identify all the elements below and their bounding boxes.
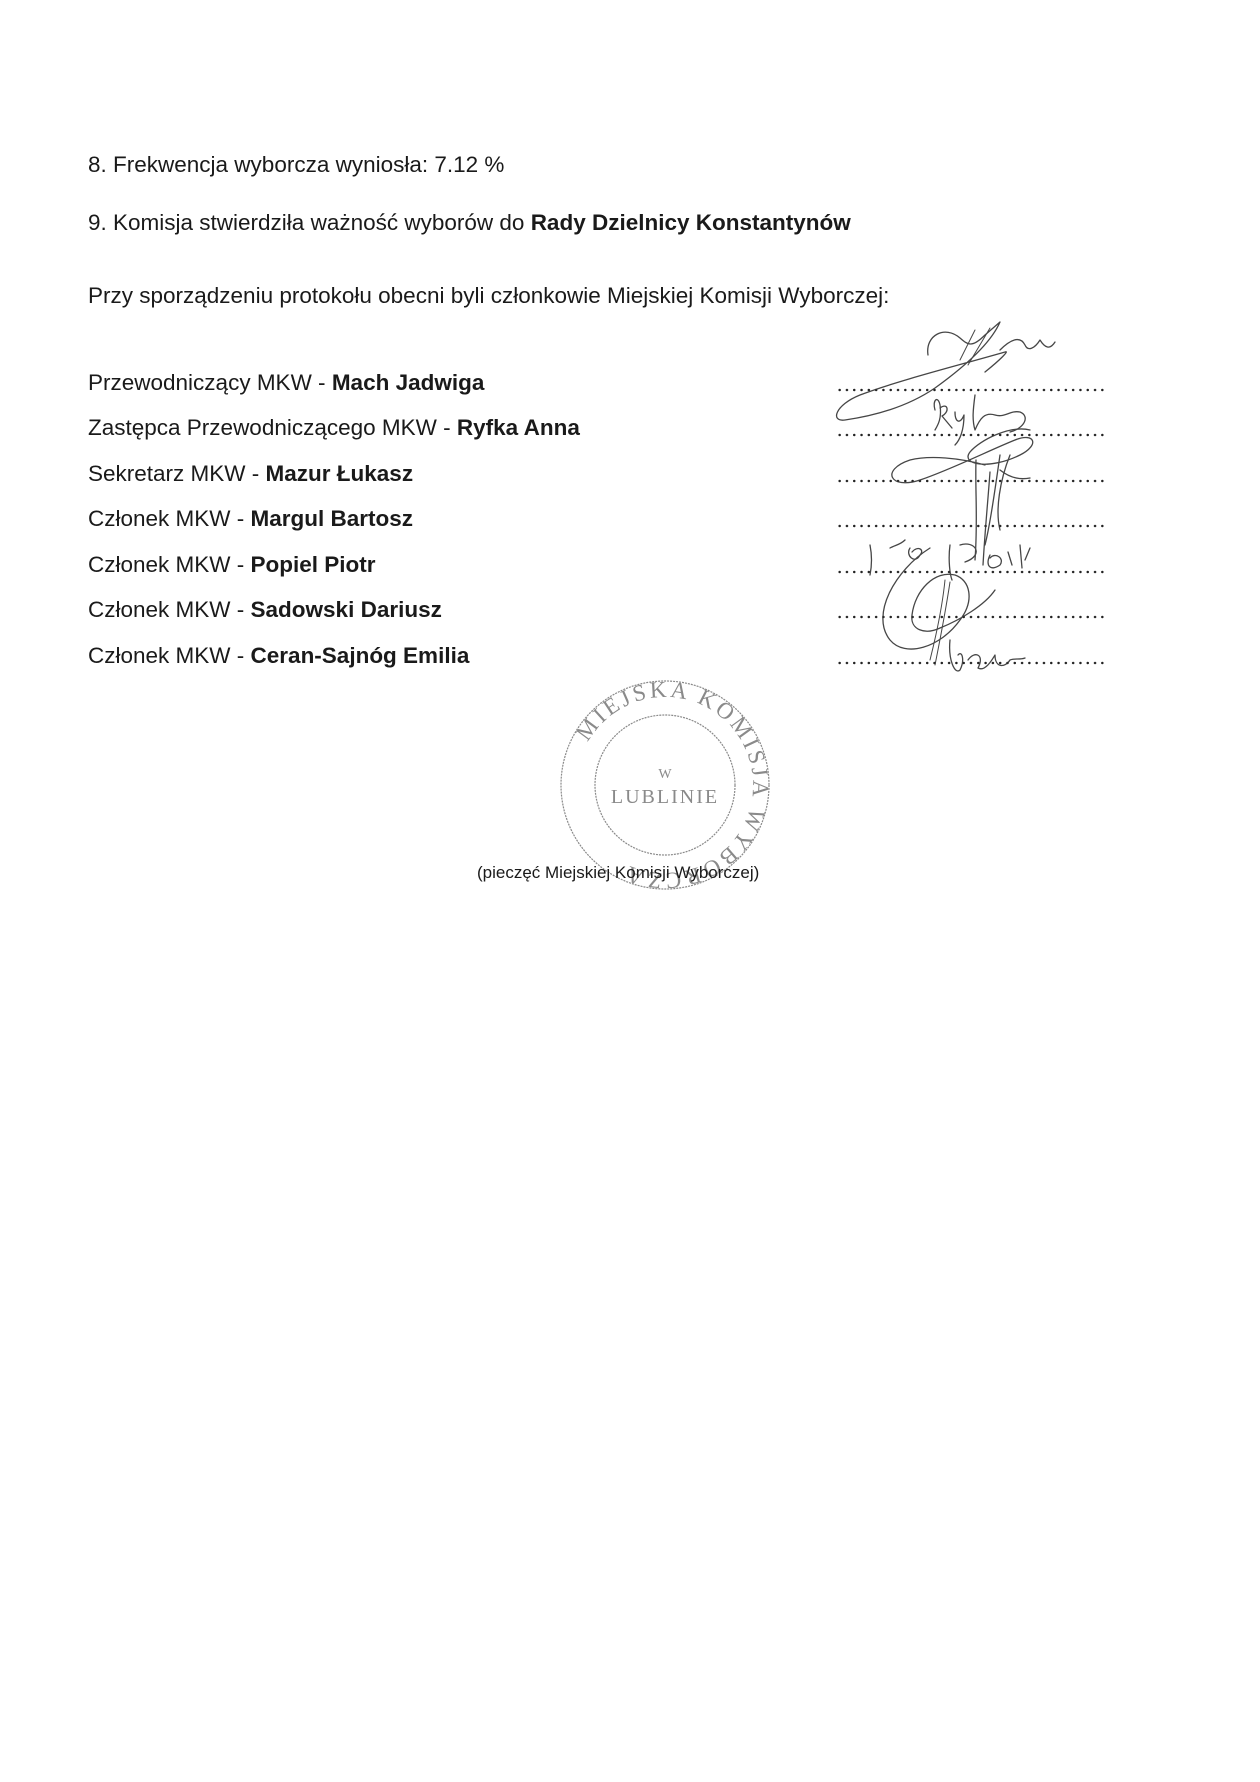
member-role: Członek MKW -: [88, 597, 251, 622]
member-role: Członek MKW -: [88, 506, 251, 531]
commission-stamp: MIEJSKA KOMISJA WYBORCZA W LUBLINIE: [555, 675, 775, 895]
member-name: Ceran-Sajnóg Emilia: [251, 643, 470, 668]
member-name: Popiel Piotr: [251, 552, 376, 577]
member-role: Członek MKW -: [88, 643, 251, 668]
validity-prefix: 9. Komisja stwierdziła ważność wyborów d…: [88, 210, 531, 235]
validity-line: 9. Komisja stwierdziła ważność wyborów d…: [88, 212, 851, 235]
member-row: Przewodniczący MKW - Mach Jadwiga: [88, 372, 1118, 402]
stamp-inner-line1: W: [658, 767, 672, 782]
member-row: Członek MKW - Popiel Piotr: [88, 554, 1118, 584]
stamp-outer-text: MIEJSKA KOMISJA WYBORCZA: [571, 677, 773, 894]
member-name: Mach Jadwiga: [332, 370, 485, 395]
signature-line: [836, 388, 1106, 392]
member-role: Członek MKW -: [88, 552, 251, 577]
signature-line: [836, 433, 1106, 437]
member-name: Margul Bartosz: [251, 506, 414, 531]
member-role: Zastępca Przewodniczącego MKW -: [88, 415, 457, 440]
member-row: Członek MKW - Sadowski Dariusz: [88, 599, 1118, 629]
member-row: Zastępca Przewodniczącego MKW - Ryfka An…: [88, 417, 1118, 447]
signature-line: [836, 524, 1106, 528]
member-row: Sekretarz MKW - Mazur Łukasz: [88, 463, 1118, 493]
turnout-line: 8. Frekwencja wyborcza wyniosła: 7.12 %: [88, 154, 504, 177]
member-role: Sekretarz MKW -: [88, 461, 266, 486]
member-row: Członek MKW - Margul Bartosz: [88, 508, 1118, 538]
member-name: Ryfka Anna: [457, 415, 580, 440]
signature-line: [836, 615, 1106, 619]
stamp-inner-ring: [595, 715, 735, 855]
stamp-caption: (pieczęć Miejskiej Komisji Wyborczej): [477, 864, 759, 881]
stamp-inner-line2: LUBLINIE: [611, 786, 719, 808]
member-role: Przewodniczący MKW -: [88, 370, 332, 395]
district-council-name: Rady Dzielnicy Konstantynów: [531, 210, 851, 235]
member-name: Sadowski Dariusz: [251, 597, 442, 622]
signature-line: [836, 479, 1106, 483]
member-name: Mazur Łukasz: [266, 461, 414, 486]
member-row: Członek MKW - Ceran-Sajnóg Emilia: [88, 645, 1118, 675]
signature-line: [836, 570, 1106, 574]
signature-line: [836, 661, 1106, 665]
attendance-intro: Przy sporządzeniu protokołu obecni byli …: [88, 285, 889, 308]
